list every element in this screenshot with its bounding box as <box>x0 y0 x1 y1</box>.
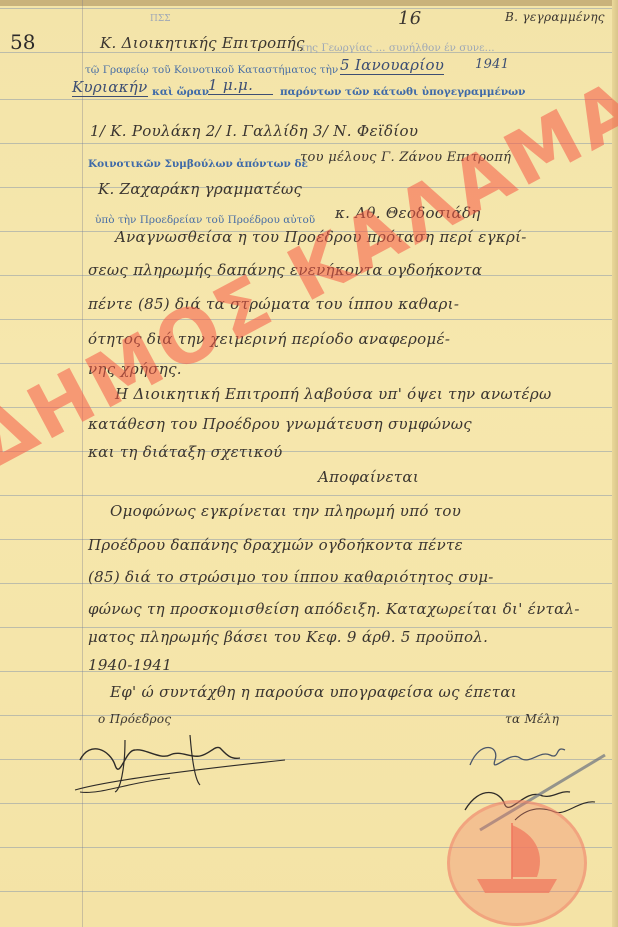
paragraph2-line: κατάθεση του Προέδρου γνωμάτευση συμφώνω… <box>88 415 472 433</box>
paragraph3-line: ματος πληρωμής βάσει του Κεφ. 9 άρθ. 5 π… <box>88 628 488 646</box>
attendees-list: 1/ Κ. Ρουλάκη 2/ Ι. Γαλλίδη 3/ Ν. Φεϊδίο… <box>90 122 418 140</box>
paragraph3-line: 1940-1941 <box>88 656 172 674</box>
closing-line: Εφ' ώ συντάχθη η παρούσα υπογραφείσα ως … <box>110 683 517 701</box>
paragraph1-line: νης χρήσης. <box>88 360 182 378</box>
paragraph1-line: Αναγνωσθείσα η του Προέδρου πρόταση περί… <box>115 228 527 246</box>
printed-present-label: παρόντων τῶν κάτωθι ὑπογεγραμμένων <box>280 86 525 98</box>
ship-emblem-icon <box>467 815 567 905</box>
faint-mark: ΠΣΣ <box>150 14 171 24</box>
top-right-note: Β. γεγραμμένης <box>505 10 605 24</box>
printed-faded-line: ...της Γεωργίας ... συνήλθον έν συνε... <box>290 42 495 54</box>
meeting-date: 5 Ιανουαρίου <box>340 56 444 75</box>
absent-member: του μέλους Γ. Ζάνου Επιτροπή <box>300 150 511 165</box>
secretary-line: Κ. Ζαχαράκη γραμματέως <box>98 180 302 198</box>
paragraph1-line: πέντε (85) διά τα στρώματα του ίππου καθ… <box>88 295 459 313</box>
president-name: κ. Αθ. Θεοδοσιάδη <box>335 204 481 222</box>
committee-name: Κ. Διοικητικής Επιτροπής <box>100 34 305 52</box>
council-absent-label: Κοινοτικῶν Συμβούλων ἀπόντων δὲ <box>88 158 308 170</box>
meeting-year: 1941 <box>475 57 509 72</box>
ledger-page: 58 ΠΣΣ 16 Β. γεγραμμένης Κ. Διοικητικής … <box>0 0 618 927</box>
meeting-time: 1 μ.μ. <box>208 76 273 95</box>
paragraph1-line: ότητος διά την χειμερινή περίοδο αναφερο… <box>88 330 450 348</box>
paragraph2-line: Η Διοικητική Επιτροπή λαβούσα υπ' όψει τ… <box>115 385 552 403</box>
paragraph3-line: Προέδρου δαπάνης δραχμών ογδοήκοντα πέντ… <box>88 536 463 554</box>
paragraph1-line: σεως πληρωμής δαπάνης ενενήκοντα ογδοήκο… <box>88 261 482 279</box>
president-signature <box>70 720 300 800</box>
top-number: 16 <box>398 8 422 29</box>
printed-office-line: τῷ Γραφείῳ τοῦ Κοινοτικοῦ Καταστήματος τ… <box>85 64 338 76</box>
meeting-day: Κυριακήν <box>72 78 148 97</box>
paragraph3-line: Ομοφώνως εγκρίνεται την πληρωμή υπό του <box>110 502 461 520</box>
page-number: 58 <box>10 30 35 54</box>
decision-heading: Αποφαίνεται <box>318 468 419 486</box>
paragraph2-line: και τη διάταξη σχετικού <box>88 443 283 461</box>
paragraph3-line: (85) διά το στρώσιμο του ίππου καθαριότη… <box>88 568 494 586</box>
printed-hour-label: καὶ ὥραν <box>152 86 209 98</box>
paragraph3-line: φώνως τη προσκομισθείση απόδειξη. Καταχω… <box>88 600 580 618</box>
municipal-seal <box>447 800 587 926</box>
presidency-label: ὑπὸ τὴν Προεδρείαν τοῦ Προέδρου αὐτοῦ <box>95 214 315 226</box>
members-label: τα Μέλη <box>505 712 559 726</box>
